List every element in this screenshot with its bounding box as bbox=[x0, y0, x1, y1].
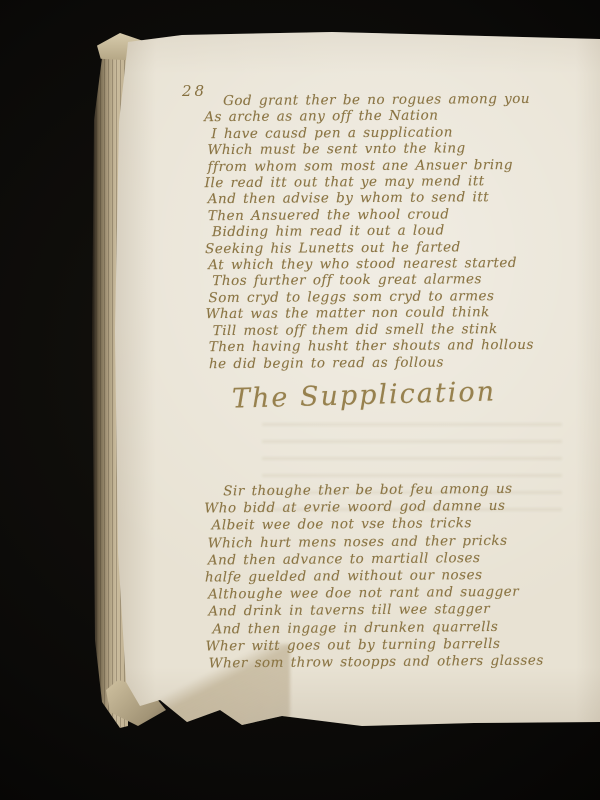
book-page: 28 God grant ther be no rogues among you… bbox=[112, 32, 600, 730]
verse-block-1: God grant ther be no rogues among youAs … bbox=[207, 91, 534, 372]
verse-line: Then having husht ther shouts and hollou… bbox=[209, 337, 534, 356]
section-title: The Supplication bbox=[232, 376, 497, 414]
verse-line: Althoughe wee doe not rant and suagger bbox=[208, 584, 543, 604]
verse-line: Wher som throw stoopps and others glasse… bbox=[209, 653, 544, 673]
verse-line: he did begin to read as follous bbox=[209, 353, 534, 372]
verse-block-2: Sir thoughe ther be bot feu among usWho … bbox=[207, 481, 544, 673]
verse-line: What was the matter non could think bbox=[206, 304, 534, 323]
verse-line: Which hurt mens noses and ther pricks bbox=[208, 532, 543, 552]
verse-line: Who bidd at evrie woord god damne us bbox=[204, 498, 542, 518]
page-number: 28 bbox=[182, 82, 207, 100]
verse-line: God grant ther be no rogues among you bbox=[223, 91, 532, 110]
manuscript-photo: 28 God grant ther be no rogues among you… bbox=[0, 0, 600, 800]
verse-line: And then advise by whom to send itt bbox=[208, 189, 533, 208]
verse-line: At which they who stood nearest started bbox=[208, 255, 533, 274]
